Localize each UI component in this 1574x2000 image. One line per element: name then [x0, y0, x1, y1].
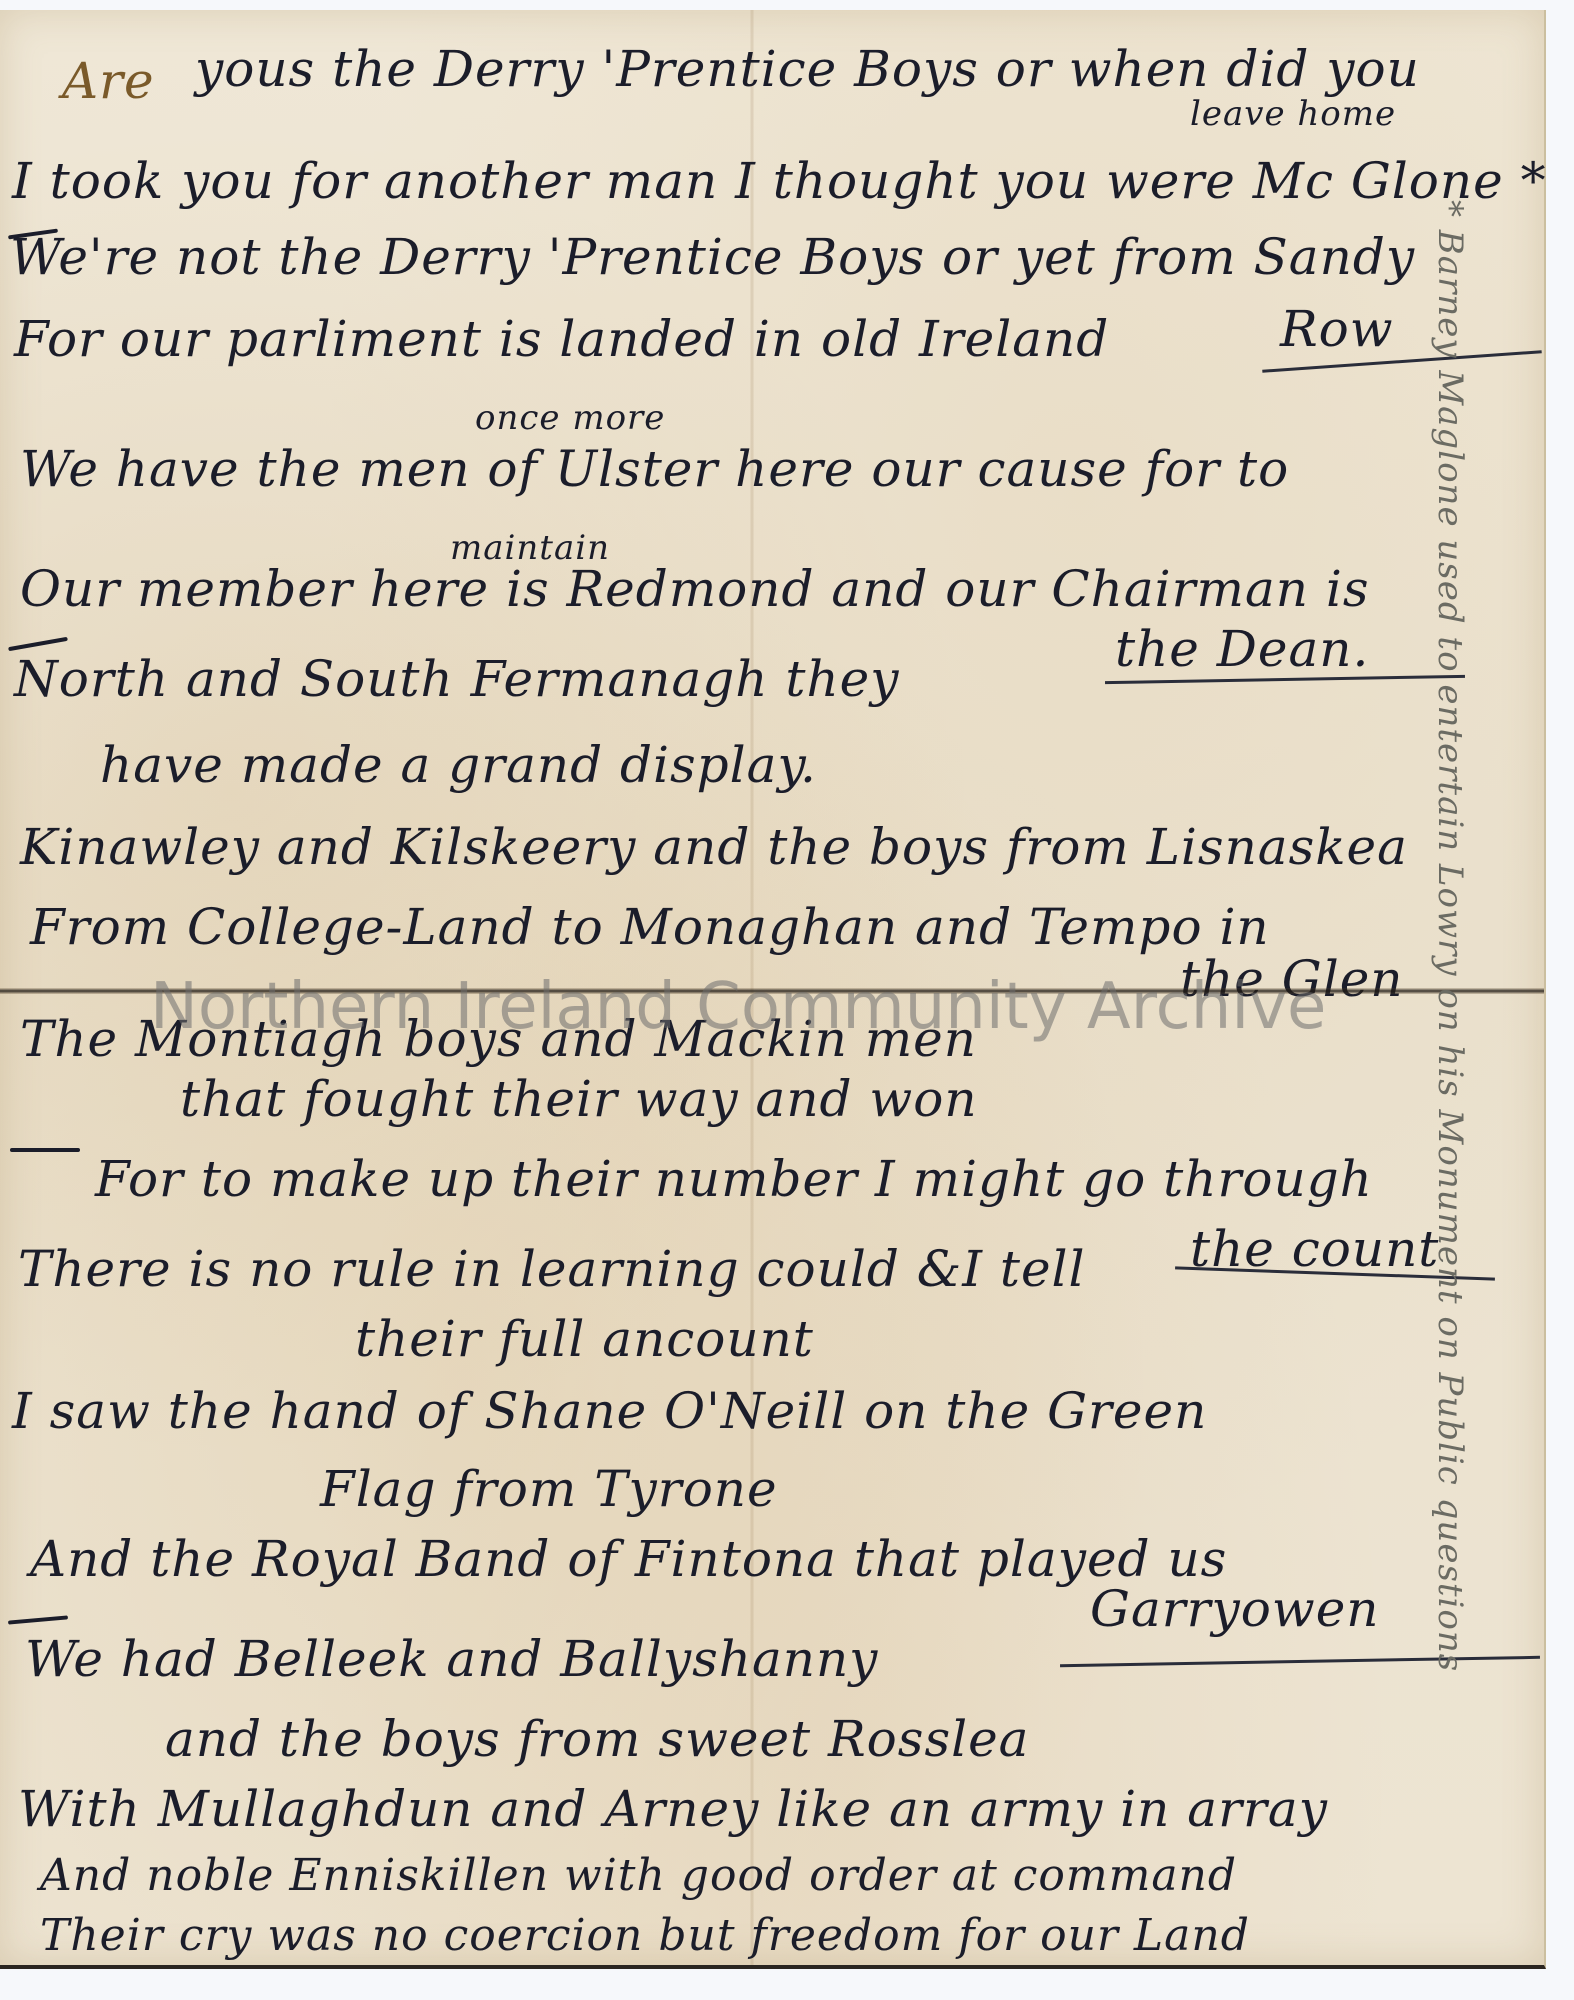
line-13: For to make up their number I might go t… — [95, 1150, 1373, 1208]
line-1: yous the Derry 'Prentice Boys or when di… — [195, 40, 1420, 98]
line-23: Their cry was no coercion but freedom fo… — [40, 1910, 1250, 1961]
line-14: There is no rule in learning could &I te… — [18, 1240, 1086, 1298]
line-4b: Row — [1280, 300, 1394, 358]
archive-watermark: Northern Ireland Community Archive — [150, 970, 1326, 1044]
margin-stroke — [8, 1615, 68, 1624]
line-15: their full ancount — [355, 1310, 814, 1368]
manuscript-page: Are yous the Derry 'Prentice Boys or whe… — [0, 10, 1546, 1969]
line-22: And noble Enniskillen with good order at… — [40, 1850, 1237, 1901]
line-4: For our parliment is landed in old Irela… — [14, 310, 1109, 368]
line-21: With Mullaghdun and Arney like an army i… — [18, 1780, 1328, 1838]
line-17: Flag from Tyrone — [320, 1460, 778, 1518]
line-20: and the boys from sweet Rosslea — [165, 1710, 1030, 1768]
line-8: have made a grand display. — [100, 736, 817, 794]
line-3: We're not the Derry 'Prentice Boys or ye… — [10, 228, 1415, 286]
line-7: North and South Fermanagh they — [14, 650, 900, 708]
line-16: I saw the hand of Shane O'Neill on the G… — [12, 1382, 1207, 1440]
line-10: From College-Land to Monaghan and Tempo … — [30, 898, 1270, 956]
margin-note: * Barney Maglone used to entertain Lowry… — [1430, 200, 1470, 1672]
line-12: that fought their way and won — [180, 1070, 978, 1128]
line-7b: the Dean. — [1115, 620, 1369, 678]
line-18b: Garryowen — [1090, 1580, 1380, 1638]
line-18: And the Royal Band of Fintona that playe… — [30, 1530, 1227, 1588]
line-19: We had Belleek and Ballyshanny — [25, 1630, 878, 1688]
line-1-lead: Are — [62, 52, 155, 110]
line-6: Our member here is Redmond and our Chair… — [20, 560, 1370, 618]
line-1b: leave home — [1190, 94, 1396, 134]
margin-stroke — [10, 1148, 80, 1152]
line-2: I took you for another man I thought you… — [12, 152, 1547, 210]
line-5: We have the men of Ulster here our cause… — [20, 440, 1289, 498]
line-5a: once more — [475, 398, 665, 438]
line-9: Kinawley and Kilskeery and the boys from… — [20, 818, 1408, 876]
